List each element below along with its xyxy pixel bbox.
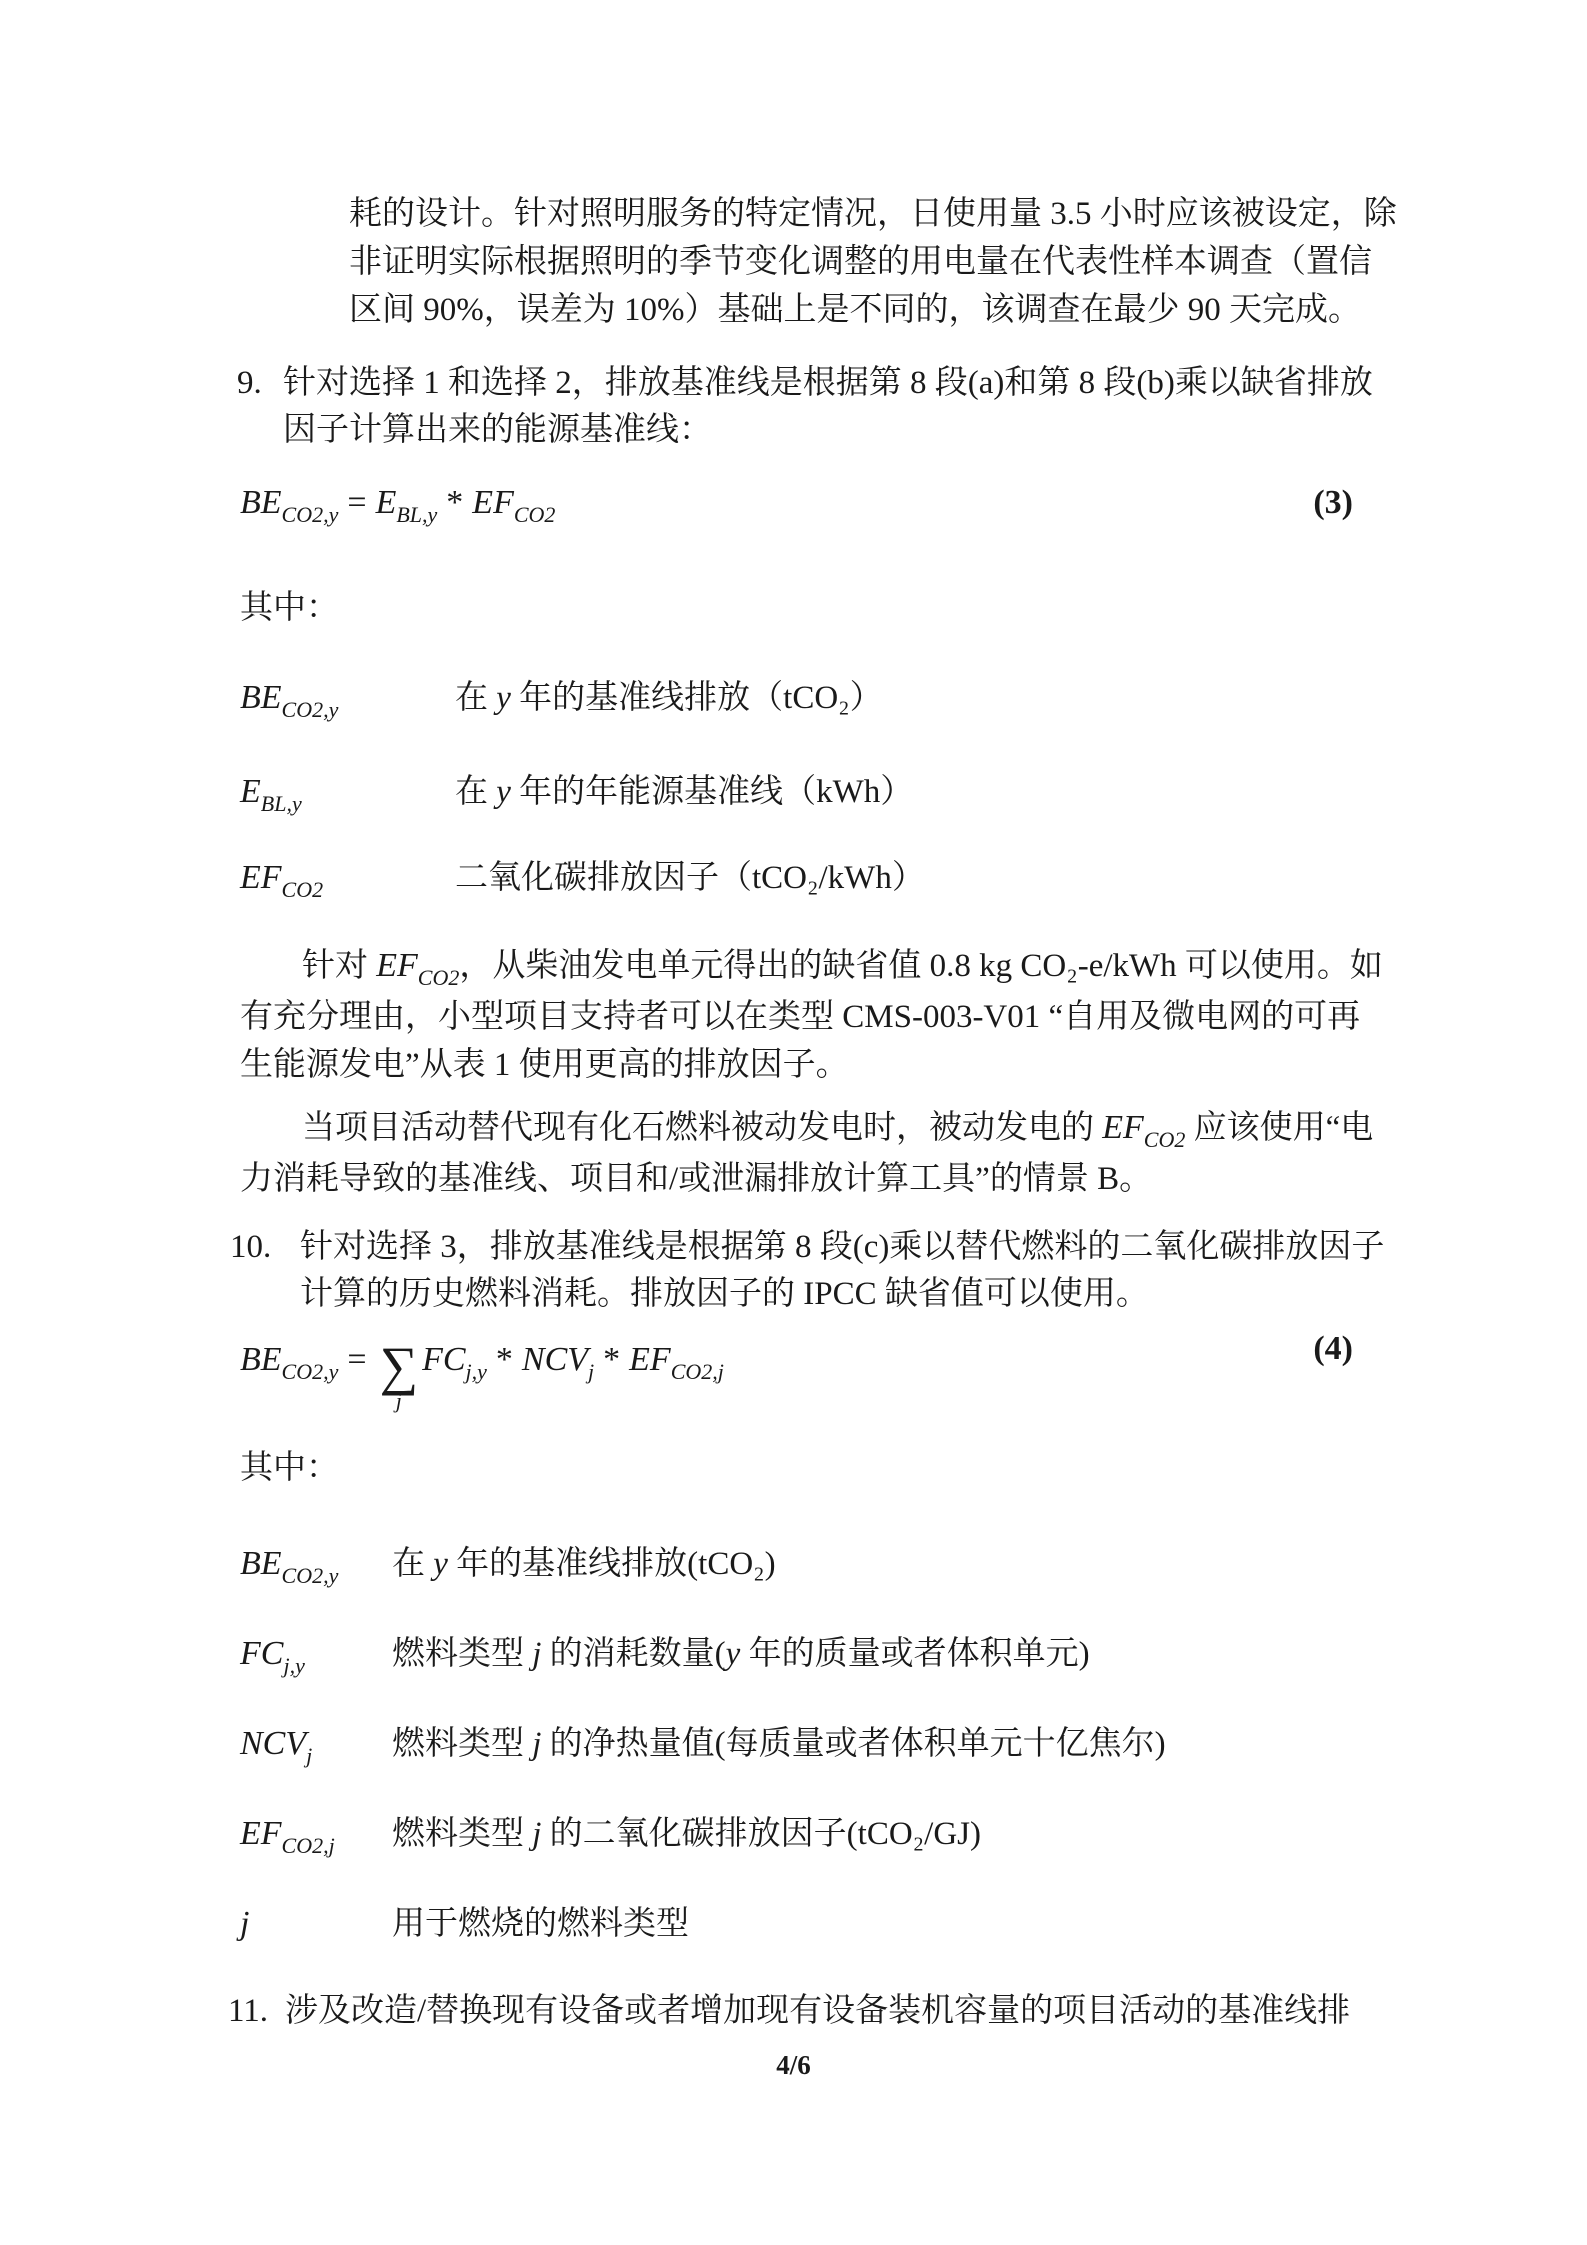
equation-4-row: BECO2,y=∑jFCj,y*NCVj*EFCO2,j (4) xyxy=(240,1330,1353,1400)
equation-4: BECO2,y=∑jFCj,y*NCVj*EFCO2,j xyxy=(240,1330,724,1400)
definition-term: EFCO2 xyxy=(240,859,455,897)
page-number: 4/6 xyxy=(0,2050,1587,2081)
definition-desc: 燃料类型 j 的消耗数量(y 年的质量或者体积单元) xyxy=(392,1636,1090,1672)
definition-term: FCj,y xyxy=(240,1635,392,1673)
list-number: 9. xyxy=(237,360,262,407)
list-item-11: 11. 涉及改造/替换现有设备或者增加现有设备装机容量的项目活动的基准线排 xyxy=(228,1988,1350,2035)
list-number: 11. xyxy=(228,1988,268,2035)
paragraph-line: 区间 90%，误差为 10%）基础上是不同的，该调查在最少 90 天完成。 xyxy=(349,286,1397,334)
paragraph-line: 力消耗导致的基准线、项目和/或泄漏排放计算工具”的情景 B。 xyxy=(240,1155,1373,1203)
list-item-9: 9. 针对选择 1 和选择 2，排放基准线是根据第 8 段(a)和第 8 段(b… xyxy=(237,360,1373,454)
paragraph-line: 耗的设计。针对照明服务的特定情况，日使用量 3.5 小时应该被设定，除 xyxy=(349,190,1397,238)
definition-desc: 用于燃烧的燃料类型 xyxy=(392,1906,689,1942)
definition-row: EFCO2二氧化碳排放因子（tCO₂/kWh） xyxy=(240,851,925,898)
equation-3: BECO2,y=EBL,y*EFCO2 xyxy=(240,484,555,522)
list-item-10: 10. 针对选择 3，排放基准线是根据第 8 段(c)乘以替代燃料的二氧化碳排放… xyxy=(230,1224,1384,1318)
paragraph-lighting-usage: 耗的设计。针对照明服务的特定情况，日使用量 3.5 小时应该被设定，除 非证明实… xyxy=(349,190,1397,334)
paragraph-displaced-generation: 当项目活动替代现有化石燃料被动发电时，被动发电的 EFCO2 应该使用“电 力消… xyxy=(240,1104,1373,1203)
definition-row: BECO2,y在 y 年的基准线排放(tCO₂) xyxy=(240,1537,776,1584)
definition-desc: 燃料类型 j 的净热量值(每质量或者体积单元十亿焦尔) xyxy=(392,1726,1166,1762)
paragraph-line: 非证明实际根据照明的季节变化调整的用电量在代表性样本调查（置信 xyxy=(349,238,1397,286)
paragraph-line: 涉及改造/替换现有设备或者增加现有设备装机容量的项目活动的基准线排 xyxy=(285,1988,1350,2035)
definition-row: EFCO2,j燃料类型 j 的二氧化碳排放因子(tCO₂/GJ) xyxy=(240,1807,981,1854)
definition-desc: 燃料类型 j 的二氧化碳排放因子(tCO₂/GJ) xyxy=(392,1816,981,1852)
definition-row: NCVj燃料类型 j 的净热量值(每质量或者体积单元十亿焦尔) xyxy=(240,1717,1166,1764)
paragraph-line: 针对选择 3，排放基准线是根据第 8 段(c)乘以替代燃料的二氧化碳排放因子 xyxy=(300,1224,1384,1271)
definition-term: EBL,y xyxy=(240,773,455,811)
paragraph-line: 有充分理由，小型项目支持者可以在类型 CMS-003-V01 “自用及微电网的可… xyxy=(240,993,1383,1041)
equation-number: (3) xyxy=(1313,484,1353,522)
list-item-body: 针对选择 1 和选择 2，排放基准线是根据第 8 段(a)和第 8 段(b)乘以… xyxy=(283,360,1373,454)
paragraph-line: 针对 EFCO2，从柴油发电单元得出的缺省值 0.8 kg CO₂-e/kWh … xyxy=(240,942,1383,993)
definition-row: BECO2,y在 y 年的基准线排放（tCO₂） xyxy=(240,671,883,718)
definition-row: EBL,y在 y 年的年能源基准线（kWh） xyxy=(240,765,913,812)
where-label: 其中： xyxy=(240,1444,339,1492)
definition-term: NCVj xyxy=(240,1725,392,1763)
definition-row: j用于燃烧的燃料类型 xyxy=(240,1897,689,1944)
list-number: 10. xyxy=(230,1224,271,1271)
paragraph-line: 当项目活动替代现有化石燃料被动发电时，被动发电的 EFCO2 应该使用“电 xyxy=(240,1104,1373,1155)
paragraph-line: 生能源发电”从表 1 使用更高的排放因子。 xyxy=(240,1041,1383,1089)
document-page: 耗的设计。针对照明服务的特定情况，日使用量 3.5 小时应该被设定，除 非证明实… xyxy=(0,0,1587,2245)
definition-desc: 在 y 年的基准线排放(tCO₂) xyxy=(392,1546,776,1582)
equation-3-row: BECO2,y=EBL,y*EFCO2 (3) xyxy=(240,484,1353,522)
definition-term: EFCO2,j xyxy=(240,1815,392,1853)
summation-symbol: ∑j xyxy=(380,1344,419,1414)
paragraph-line: 针对选择 1 和选择 2，排放基准线是根据第 8 段(a)和第 8 段(b)乘以… xyxy=(283,360,1373,407)
where-label: 其中： xyxy=(240,584,339,632)
list-item-body: 涉及改造/替换现有设备或者增加现有设备装机容量的项目活动的基准线排 xyxy=(285,1988,1350,2035)
definition-row: FCj,y燃料类型 j 的消耗数量(y 年的质量或者体积单元) xyxy=(240,1627,1090,1674)
equation-number: (4) xyxy=(1313,1330,1353,1368)
definition-term: BECO2,y xyxy=(240,1545,392,1583)
definition-desc: 在 y 年的基准线排放（tCO₂） xyxy=(455,680,883,716)
paragraph-line: 计算的历史燃料消耗。排放因子的 IPCC 缺省值可以使用。 xyxy=(300,1271,1384,1318)
definition-desc: 二氧化碳排放因子（tCO₂/kWh） xyxy=(455,860,925,896)
definition-term: BECO2,y xyxy=(240,679,455,717)
list-item-body: 针对选择 3，排放基准线是根据第 8 段(c)乘以替代燃料的二氧化碳排放因子 计… xyxy=(300,1224,1384,1318)
paragraph-default-ef: 针对 EFCO2，从柴油发电单元得出的缺省值 0.8 kg CO₂-e/kWh … xyxy=(240,942,1383,1089)
definition-desc: 在 y 年的年能源基准线（kWh） xyxy=(455,774,913,810)
definition-term: j xyxy=(240,1905,392,1943)
paragraph-line: 因子计算出来的能源基准线： xyxy=(283,407,1373,454)
